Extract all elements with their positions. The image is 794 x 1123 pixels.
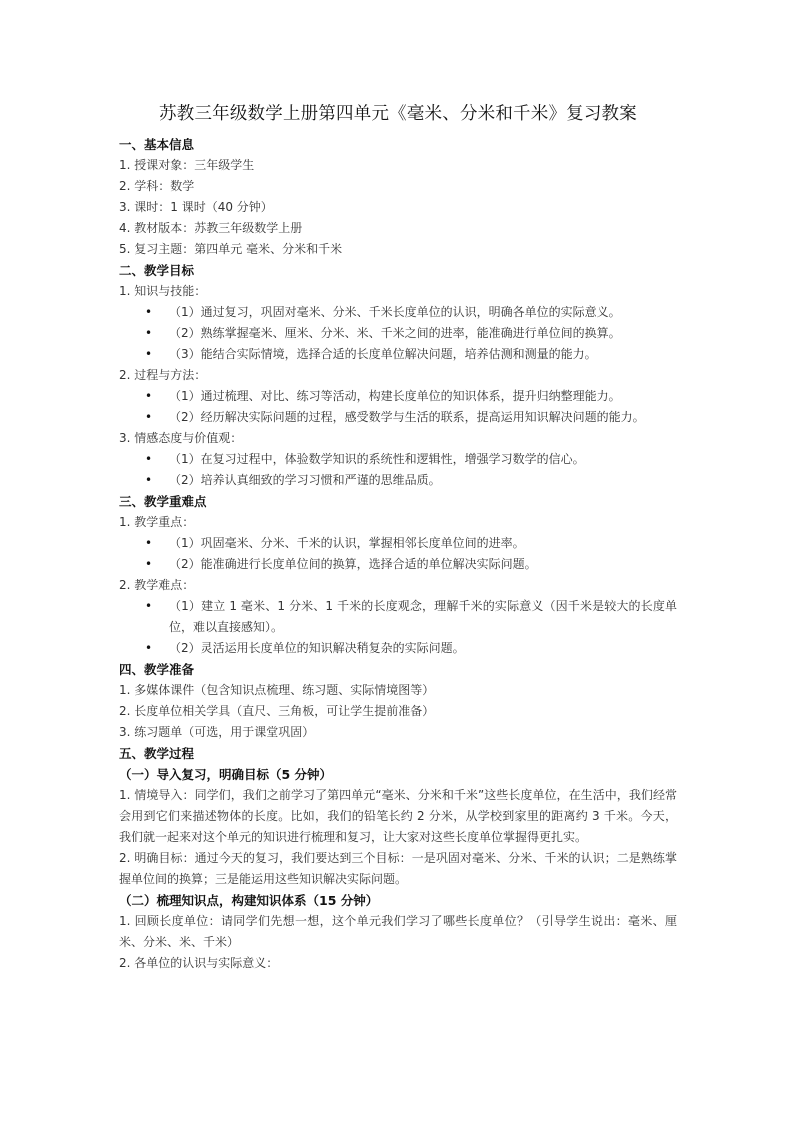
bullet-list: •（1）在复习过程中，体验数学知识的系统性和逻辑性，增强学习数学的信心。 •（2… <box>119 449 677 491</box>
list-item-text: （1）通过复习，巩固对毫米、分米、千米长度单位的认识，明确各单位的实际意义。 <box>169 305 621 319</box>
list-item: •（2）灵活运用长度单位的知识解决稍复杂的实际问题。 <box>119 638 677 659</box>
list-item: •（2）熟练掌握毫米、厘米、分米、米、千米之间的进率，能准确进行单位间的换算。 <box>119 323 677 344</box>
info-item-topic: 5. 复习主题：第四单元 毫米、分米和千米 <box>119 239 677 260</box>
bullet-icon: • <box>145 449 152 470</box>
list-item-text: （2）熟练掌握毫米、厘米、分米、米、千米之间的进率，能准确进行单位间的换算。 <box>169 326 621 340</box>
paragraph: 2. 明确目标：通过今天的复习，我们要达到三个目标：一是巩固对毫米、分米、千米的… <box>119 848 677 890</box>
bullet-icon: • <box>145 533 152 554</box>
list-item: •（2）经历解决实际问题的过程，感受数学与生活的联系，提高运用知识解决问题的能力… <box>119 407 677 428</box>
info-item-textbook: 4. 教材版本：苏教三年级数学上册 <box>119 218 677 239</box>
section-heading: 一、基本信息 <box>119 134 677 155</box>
subsection-heading: （二）梳理知识点，构建知识体系（15 分钟） <box>119 890 677 911</box>
section-basic-info: 一、基本信息 1. 授课对象：三年级学生 2. 学科：数学 3. 课时：1 课时… <box>119 134 677 260</box>
list-item-text: （3）能结合实际情境，选择合适的长度单位解决问题，培养估测和测量的能力。 <box>169 347 597 361</box>
prep-item: 2. 长度单位相关学具（直尺、三角板，可让学生提前准备） <box>119 701 677 722</box>
goal-group-label: 3. 情感态度与价值观： <box>119 428 677 449</box>
goal-group-label: 1. 知识与技能： <box>119 281 677 302</box>
list-item: •（1）巩固毫米、分米、千米的认识，掌握相邻长度单位间的进率。 <box>119 533 677 554</box>
subsection-heading: （一）导入复习，明确目标（5 分钟） <box>119 764 677 785</box>
prep-item: 3. 练习题单（可选，用于课堂巩固） <box>119 722 677 743</box>
key-group-label: 1. 教学重点： <box>119 512 677 533</box>
bullet-icon: • <box>145 596 152 617</box>
bullet-icon: • <box>145 407 152 428</box>
list-item: •（1）通过梳理、对比、练习等活动，构建长度单位的知识体系，提升归纳整理能力。 <box>119 386 677 407</box>
bullet-list: •（1）通过梳理、对比、练习等活动，构建长度单位的知识体系，提升归纳整理能力。 … <box>119 386 677 428</box>
list-item-text: （1）在复习过程中，体验数学知识的系统性和逻辑性，增强学习数学的信心。 <box>169 452 585 466</box>
list-item-text: （1）建立 1 毫米、1 分米、1 千米的长度观念，理解千米的实际意义（因千米是… <box>169 599 677 634</box>
goal-group-label: 2. 过程与方法： <box>119 365 677 386</box>
list-item: •（1）通过复习，巩固对毫米、分米、千米长度单位的认识，明确各单位的实际意义。 <box>119 302 677 323</box>
bullet-list: •（1）巩固毫米、分米、千米的认识，掌握相邻长度单位间的进率。 •（2）能准确进… <box>119 533 677 575</box>
paragraph: 1. 情境导入：同学们，我们之前学习了第四单元“毫米、分米和千米”这些长度单位，… <box>119 785 677 848</box>
difficulty-group-label: 2. 教学难点： <box>119 575 677 596</box>
list-item: •（1）建立 1 毫米、1 分米、1 千米的长度观念，理解千米的实际意义（因千米… <box>119 596 677 638</box>
document-title: 苏教三年级数学上册第四单元《毫米、分米和千米》复习教案 <box>99 100 697 128</box>
bullet-icon: • <box>145 470 152 491</box>
bullet-list: •（1）通过复习，巩固对毫米、分米、千米长度单位的认识，明确各单位的实际意义。 … <box>119 302 677 365</box>
info-item-subject: 2. 学科：数学 <box>119 176 677 197</box>
list-item: •（3）能结合实际情境，选择合适的长度单位解决问题，培养估测和测量的能力。 <box>119 344 677 365</box>
paragraph: 1. 回顾长度单位：请同学们先想一想，这个单元我们学习了哪些长度单位？（引导学生… <box>119 911 677 953</box>
paragraph: 2. 各单位的认识与实际意义： <box>119 953 677 974</box>
info-item-duration: 3. 课时：1 课时（40 分钟） <box>119 197 677 218</box>
bullet-list: •（1）建立 1 毫米、1 分米、1 千米的长度观念，理解千米的实际意义（因千米… <box>119 596 677 659</box>
list-item: •（1）在复习过程中，体验数学知识的系统性和逻辑性，增强学习数学的信心。 <box>119 449 677 470</box>
list-item-text: （2）培养认真细致的学习习惯和严谨的思维品质。 <box>169 473 441 487</box>
section-heading: 五、教学过程 <box>119 743 677 764</box>
list-item-text: （2）灵活运用长度单位的知识解决稍复杂的实际问题。 <box>169 641 465 655</box>
section-key-points: 三、教学重难点 1. 教学重点： •（1）巩固毫米、分米、千米的认识，掌握相邻长… <box>119 491 677 659</box>
section-heading: 三、教学重难点 <box>119 491 677 512</box>
prep-item: 1. 多媒体课件（包含知识点梳理、练习题、实际情境图等） <box>119 680 677 701</box>
bullet-icon: • <box>145 344 152 365</box>
list-item: •（2）培养认真细致的学习习惯和严谨的思维品质。 <box>119 470 677 491</box>
info-item-audience: 1. 授课对象：三年级学生 <box>119 155 677 176</box>
list-item: •（2）能准确进行长度单位间的换算，选择合适的单位解决实际问题。 <box>119 554 677 575</box>
section-heading: 四、教学准备 <box>119 659 677 680</box>
section-heading: 二、教学目标 <box>119 260 677 281</box>
bullet-icon: • <box>145 386 152 407</box>
bullet-icon: • <box>145 554 152 575</box>
list-item-text: （2）经历解决实际问题的过程，感受数学与生活的联系，提高运用知识解决问题的能力。 <box>169 410 645 424</box>
section-preparation: 四、教学准备 1. 多媒体课件（包含知识点梳理、练习题、实际情境图等） 2. 长… <box>119 659 677 743</box>
bullet-icon: • <box>145 638 152 659</box>
list-item-text: （1）通过梳理、对比、练习等活动，构建长度单位的知识体系，提升归纳整理能力。 <box>169 389 621 403</box>
bullet-icon: • <box>145 323 152 344</box>
bullet-icon: • <box>145 302 152 323</box>
section-teaching-process: 五、教学过程 （一）导入复习，明确目标（5 分钟） 1. 情境导入：同学们，我们… <box>119 743 677 974</box>
list-item-text: （1）巩固毫米、分米、千米的认识，掌握相邻长度单位间的进率。 <box>169 536 525 550</box>
section-teaching-goals: 二、教学目标 1. 知识与技能： •（1）通过复习，巩固对毫米、分米、千米长度单… <box>119 260 677 491</box>
document-page: 苏教三年级数学上册第四单元《毫米、分米和千米》复习教案 一、基本信息 1. 授课… <box>119 100 677 974</box>
list-item-text: （2）能准确进行长度单位间的换算，选择合适的单位解决实际问题。 <box>169 557 537 571</box>
